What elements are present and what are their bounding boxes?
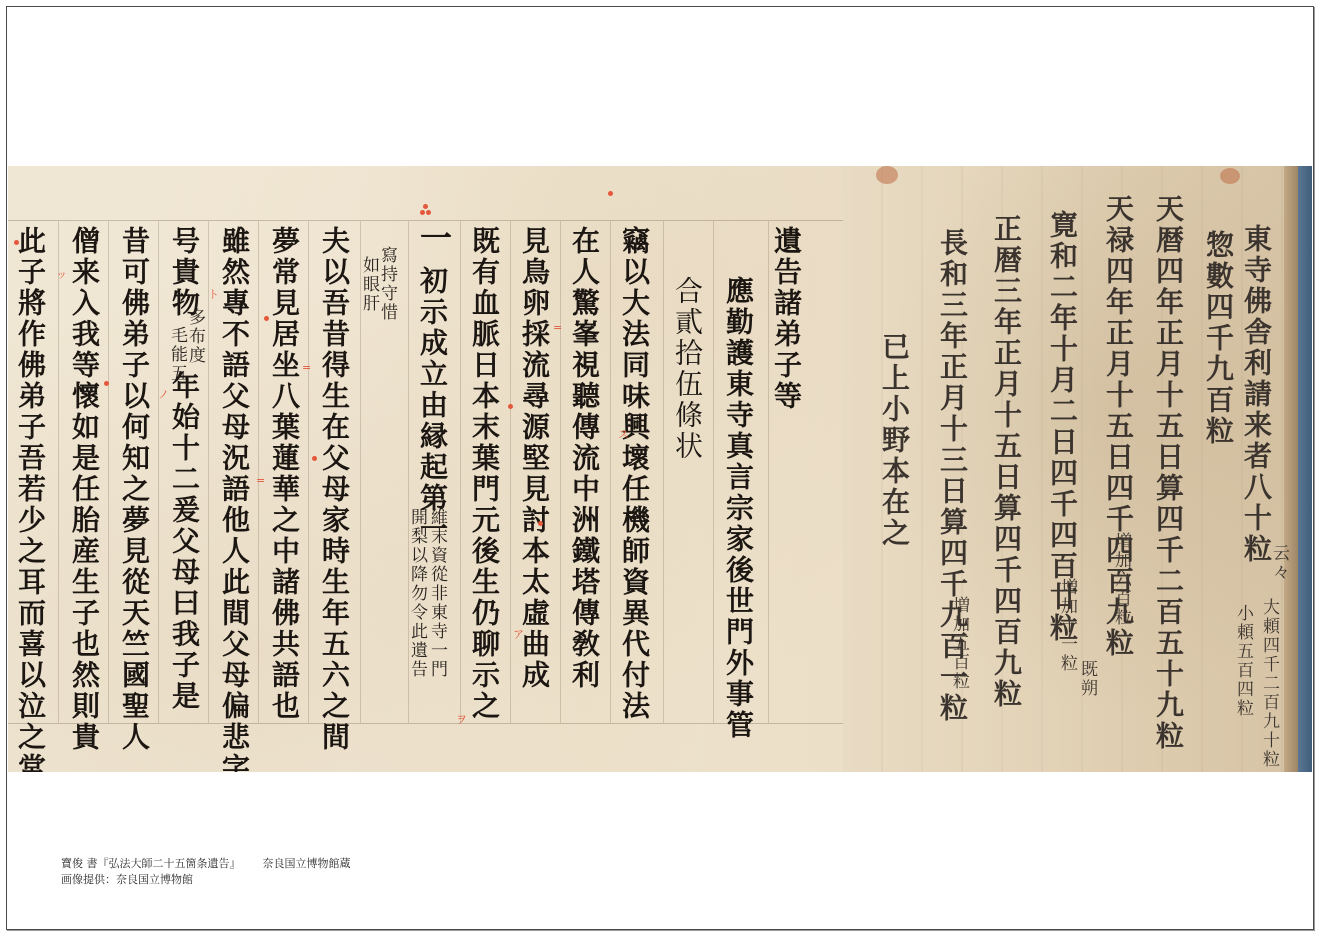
register-heading-column: 東寺佛舎利請来者八十粒 [1242,224,1270,565]
red-mark-dot [14,240,19,245]
annotation-column: 増加六百粒 [1112,532,1129,627]
register-entry-column: 天暦四年正月十五日算四千二百五十九粒 [1154,194,1182,752]
annotation-column: 維末資從非東寺一門 [428,508,445,679]
red-kana-mark: ノ [158,386,169,402]
image-caption: 寶俊 書『弘法大師二十五箇条遺告』奈良国立博物館蔵 画像提供：奈良国立博物館 [61,856,351,888]
text-column: 此子將作佛弟子吾若少之耳而喜以泣之常 [16,226,44,772]
text-column: 年始十二爰父母曰我子是 [170,371,198,712]
annotation-column: 云々 [1270,544,1287,582]
text-column: 竊以大法同味興壞任機師資異代付法 [620,226,648,722]
item-number-one: 一 [418,221,450,256]
text-column: 在人驚峯視聽傳流中洲鐵塔傳敎利 [570,226,598,691]
red-mark-dot [312,456,317,461]
red-kana-mark: ヲ [456,711,467,727]
text-column: 昔可佛弟子以何知之夢見從天竺國聖人 [120,226,148,753]
caption-owner: 奈良国立博物館蔵 [263,857,351,870]
manuscript-scroll-image: 遺告諸弟子等 應勤護東寺真言宗家後世門外事管 合貳拾伍條状 竊以大法同味興壞任機… [8,166,1312,772]
register-entry-column: 正暦三年正月十五日算四千四百九粒 [992,214,1020,710]
red-mark-dot [420,210,425,215]
caption-image-credit: 画像提供：奈良国立博物館 [61,872,351,888]
red-kana-mark: ス [618,426,629,442]
total-count-column: 惣數四千九百粒 [1204,230,1232,447]
annotation-column: 大頼四千二百九十粒 [1260,598,1277,769]
text-column: 号貴物 [170,226,198,319]
annotation-column: 如眼肝 [360,256,377,313]
register-entry-column: 已上小野本在之 [880,332,908,549]
red-mark-dot [508,404,513,409]
text-column: 夫以吾昔得生在父母家時生年五六之間 [320,226,348,753]
blue-mount-strip [1298,166,1312,772]
text-column: 僧来入我等懷如是任胎産生子也然則貴 [70,226,98,753]
caption-work-title: 寶俊 書『弘法大師二十五箇条遺告』 [61,857,241,870]
annotation-column: 小頼五百四粒 [1234,604,1251,718]
text-column: 初示成立由縁起第一 [418,266,446,545]
red-stain [876,166,898,184]
text-column-title: 遺告諸弟子等 [772,226,800,412]
red-mark-dot [608,191,613,196]
annotation-column: 寫持守惜 [378,246,395,322]
text-column: 應勤護東寺真言宗家後世門外事管 [724,276,752,741]
text-column: 夢常見居坐八葉蓮華之中諸佛共語也 [270,226,298,722]
red-mark-dot [426,210,431,215]
red-kana-mark: ッ [56,266,67,282]
red-stain [1220,168,1240,184]
text-column: 合貳拾伍條状 [673,276,701,462]
red-kana-mark: = [256,474,265,487]
text-column: 既有血脈日本末葉門元後生仍聊示之 [470,226,498,722]
red-kana-mark: ト [208,286,219,302]
red-mark-dot [538,521,543,526]
annotation-column: 開梨以降勿令此遺告 [408,508,425,679]
annotation-column: 既朔 [1078,660,1095,698]
annotation-column: 増加五百粒 [950,596,967,691]
red-mark-dot [104,381,109,386]
annotation-column: 増加十一粒 [1058,578,1075,673]
annotation-column: 多布度 [186,308,203,365]
text-column: 雖然專不語父母況語他人此間父母偏悲字 [220,226,248,772]
text-column: 見鳥卵採流尋源堅見討本太虛曲成 [520,226,548,691]
red-kana-mark: ア [513,626,524,642]
red-kana-mark: = [302,361,311,374]
red-mark-dot [264,316,269,321]
red-mark-dot [423,204,428,209]
red-kana-mark: = [553,321,562,334]
scroll-edge [1284,166,1298,772]
